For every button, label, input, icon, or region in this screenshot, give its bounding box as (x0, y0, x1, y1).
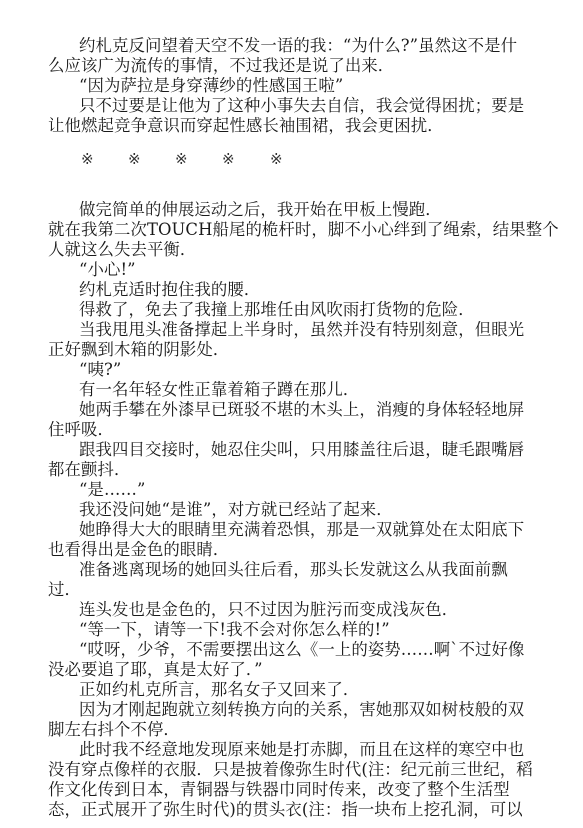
text-line: 约札克适时抱住我的腰． (79, 280, 260, 300)
text-line: 住呼吸． (48, 420, 114, 440)
text-line: 让他燃起竞争意识而穿起性感长袖围裙，我会更困扰． (48, 116, 444, 136)
separator-mark: ※ (81, 149, 94, 169)
text-line: 准备逃离现场的她回头往后看，那头长发就这么从我面前飘 (79, 560, 508, 580)
text-line: 做完简单的伸展运动之后，我开始在甲板上慢跑． (79, 200, 442, 220)
text-line: 当我甩甩头准备撑起上半身时，虽然并没有特别刻意，但眼光 (79, 320, 524, 340)
text-line: 也看得出是金色的眼睛． (48, 540, 229, 560)
text-line: 有一名年轻女性正靠着箱子蹲在那儿． (79, 380, 359, 400)
separator-mark: ※ (222, 149, 235, 169)
text-line: 她睁得大大的眼睛里充满着恐惧，那是一双就算处在太阳底下 (79, 520, 524, 540)
text-line: 态，正式展开了弥生时代)的贯头衣(注：指一块布上挖孔洞，可以 (48, 800, 523, 820)
text-line: 正好飘到木箱的阴影处． (48, 340, 229, 360)
text-line: “小心!” (79, 260, 136, 280)
text-line: 她两手攀在外漆早已斑驳不堪的木头上，消瘦的身体轻轻地屏 (79, 400, 524, 420)
text-line: 此时我不经意地发现原来她是打赤脚，而且在这样的寒空中也 (79, 740, 524, 760)
text-line: 正如约札克所言，那名女子又回来了． (79, 680, 359, 700)
text-line: 连头发也是金色的，只不过因为脏污而变成浅灰色． (79, 600, 458, 620)
text-line: 过． (48, 580, 81, 600)
text-line: 我还没问她“是谁”，对方就已经站了起来． (79, 500, 393, 520)
text-line: 跟我四目交接时，她忍住尖叫，只用膝盖往后退，睫毛跟嘴唇 (79, 440, 524, 460)
text-line: 么应该广为流传的事情，不过我还是说了出来． (48, 56, 394, 76)
text-line: 只不过要是让他为了这种小事失去自信，我会觉得困扰；要是 (79, 96, 524, 116)
text-line: 没必要追了耶，真是太好了．” (48, 660, 263, 680)
text-line: 人就这么失去平衡． (48, 240, 196, 260)
text-line: 得救了，免去了我撞上那堆任由风吹雨打货物的危险． (79, 300, 475, 320)
text-line: 脚左右抖个不停． (48, 720, 180, 740)
separator-mark: ※ (175, 149, 188, 169)
text-line: 约札克反问望着天空不发一语的我：“为什么?”虽然这不是什 (79, 36, 517, 56)
section-separator: ※ ※ ※ ※ ※ (48, 149, 348, 169)
text-line: 没有穿点像样的衣服．只是披着像弥生时代(注：纪元前三世纪，稻 (48, 760, 533, 780)
text-line: “哎呀，少爷，不需要摆出这么《一上的姿势……啊`不过好像 (79, 640, 525, 660)
text-line: “等一下，请等一下!我不会对你怎么样的!” (79, 620, 390, 640)
text-line: “因为萨拉是身穿薄纱的性感国王啦” (79, 76, 343, 96)
text-line: 就在我第二次TOUCH船尾的桅杆时，脚不小心绊到了绳索，结果整个 (48, 220, 559, 240)
text-line: “是……” (79, 480, 145, 500)
separator-mark: ※ (128, 149, 141, 169)
text-line: 因为才刚起跑就立刻转换方向的关系，害她那双如树枝般的双 (79, 700, 524, 720)
text-line: 作文化传到日本，青铜器与铁器巾同时传来，改变了整个生活型 (48, 780, 510, 800)
text-line: 都在颤抖． (48, 460, 130, 480)
separator-mark: ※ (270, 149, 283, 169)
text-line: “咦?” (79, 360, 121, 380)
